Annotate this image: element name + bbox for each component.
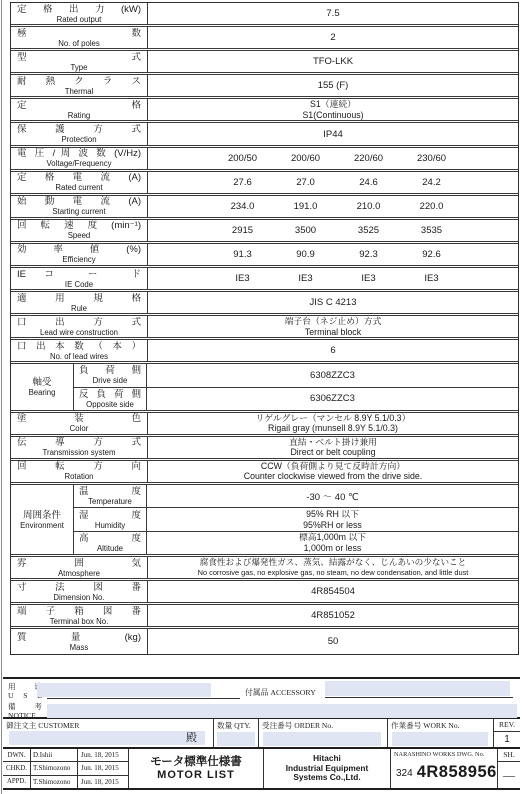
sheet-cell: SH. — [497,749,520,788]
spec-row-starting-current: 始 動 電 流 (A)Starting current 234.0191.021… [11,196,518,220]
row-value: 2 [148,27,518,48]
customer-field[interactable]: 殿 [9,731,205,745]
row-label-jp: 雰 囲 気 [11,558,147,569]
row-label-en: Lead wire construction [11,328,147,337]
notice-field[interactable] [47,704,517,718]
sign-row-drawn: DWN. D.Ishii Jun. 18, 2015 [3,749,128,762]
document-title-en: MOTOR LIST [157,769,235,782]
row-value: JIS C 4213 [148,292,518,313]
row-value: 6308ZZC3 [147,364,518,386]
row-label-jp: 端 子 箱 図 番 [11,606,147,617]
row-label-jp: 耐 熱 ク ラ ス [11,76,147,87]
row-label-jp: 定 格 電 流 (A) [11,172,147,183]
spec-row-efficiency: 効 率 値 (%)Efficiency 91.390.992.392.6 [11,244,518,268]
cell-value: 27.0 [274,177,337,188]
sign-date: Jun. 18, 2015 [78,776,128,788]
qty-label: 数量 QTY. [214,719,258,732]
cell-value: 3500 [274,225,337,236]
spec-row-atmosphere: 雰 囲 気Atmosphere 腐食性および爆発性ガス、蒸気、結露がなく、じんあ… [11,557,518,581]
row-label-en: Rated output [11,15,147,24]
row-label-en: Transmission system [11,448,147,457]
customer-suffix: 殿 [9,731,205,746]
row-label-en: Type [11,63,147,72]
row-value-en: Counter clockwise viewed from the drive … [244,471,422,482]
cell-value: 92.6 [400,249,463,260]
cell-value: 234.0 [211,201,274,212]
cell-value: 3535 [400,225,463,236]
sheet-label: SH. [498,749,520,762]
cell-value: 24.2 [400,177,463,188]
row-label-en: Rotation [11,472,147,481]
spec-row-speed: 回 転 速 度 (min⁻¹)Speed 2915350035253535 [11,220,518,244]
sign-date: Jun. 18, 2015 [78,762,128,774]
cell-value: 220/60 [337,153,400,164]
cell-value: 24.6 [337,177,400,188]
row-label-jp: IE コ ー ド [11,269,147,280]
spec-row-ie-code: IE コ ー ドIE Code IE3IE3IE3IE3 [11,268,518,292]
work-label: 作業番号 WORK No. [388,719,493,732]
company-line: Systems Co.,Ltd. [293,773,360,783]
row-label-en: Terminal box No. [11,617,147,626]
row-label-jp: 保 護 方 式 [11,124,147,135]
spec-row-bearing-drive: 負 荷 側Drive side 6308ZZC3 [74,364,518,387]
row-label-en: Speed [11,231,147,240]
cell-value: 200/50 [211,153,274,164]
sign-name: T.Shimozono [31,762,78,774]
sub-label-jp: 温 度 [74,486,146,497]
row-label-jp: 質 量 (kg) [11,632,147,643]
customer-row: 御注文主 CUSTOMER 殿 数量 QTY. 受注番号 ORDER No. 作… [3,719,520,749]
motor-spec-sheet: 定 格 出 力 (kW)Rated output 7.5 極 数No. of p… [0,0,522,794]
sub-label-jp: 反 負 荷 側 [74,389,146,400]
cell-value: 220.0 [400,201,463,212]
cell-value: IE3 [400,273,463,284]
work-field[interactable] [392,732,488,746]
row-label-jp: 寸 法 図 番 [11,582,147,593]
spec-row-lead-wire: 口 出 方 式Lead wire construction 端子台（ネジ止め）方… [11,316,518,340]
row-value-jp: S1（連続） [310,99,356,110]
qty-field[interactable] [217,732,255,746]
rev-value: 1 [494,732,520,747]
row-value-jp: リゲルグレー（マンセル 8.9Y 5.1/0.3） [256,413,411,424]
drawing-number-cell: NARASHINO WORKS DWG. No. 324 4R858956 [390,749,497,788]
spec-row-transmission: 伝 導 方 式Transmission system 直結・ベルト掛け兼用Dir… [11,437,518,461]
drawing-number: 4R858956 [417,763,497,782]
work-cell: 作業番号 WORK No. [387,719,493,747]
sign-date: Jun. 18, 2015 [78,749,128,761]
sub-label-en: Temperature [74,497,146,506]
cell-value: 92.3 [337,249,400,260]
row-label-jp: 極 数 [11,28,147,39]
row-value-en: No corrosive gas, no explosive gas, no s… [198,568,469,579]
row-label-jp: 塗 装 色 [11,413,147,424]
use-notice-section: 用 途U S E 付属品 ACCESSORY 備 考NOTICE [3,677,520,719]
sign-name: T.Shimozono [31,776,78,788]
order-field[interactable] [263,732,381,746]
cell-value: IE3 [274,273,337,284]
cell-value: 90.9 [274,249,337,260]
row-label-en: Rated current [11,183,147,192]
sign-name: D.Ishii [31,749,78,761]
row-label-jp: 電 圧 / 周 波 数 (V/Hz) [11,148,147,159]
row-label-en: Rule [11,304,147,313]
cell-value: 230/60 [400,153,463,164]
row-label-en: Atmosphere [11,569,147,578]
row-value-jp: 端子台（ネジ止め）方式 [285,316,382,327]
row-value-jp: 標高1,000m 以下 [299,532,366,543]
spec-row-rule: 適 用 規 格Rule JIS C 4213 [11,292,518,316]
sub-label-en: Drive side [74,376,146,385]
rev-cell: REV. 1 [493,719,520,747]
row-value-en: 1,000m or less [304,543,362,554]
row-value: 4R854504 [148,581,518,602]
sub-label-en: Humidity [74,521,146,530]
spec-row-temperature: 温 度Temperature -30 ～ 40 ℃ [74,485,518,508]
spec-row-rated-output: 定 格 出 力 (kW)Rated output 7.5 [11,3,518,27]
spec-group-bearing: 軸受Bearing 負 荷 側Drive side 6308ZZC3 反 負 荷… [11,364,518,412]
qty-cell: 数量 QTY. [213,719,258,747]
spec-row-dimension-no: 寸 法 図 番Dimension No. 4R854504 [11,581,518,605]
drawing-number-label: NARASHINO WORKS DWG. No. [394,751,494,758]
row-label-en: Color [11,424,147,433]
row-value-en: Direct or belt coupling [290,447,375,458]
cell-value: IE3 [337,273,400,284]
sub-label-en: Altitude [74,544,146,553]
row-label-en: No. of poles [11,39,147,48]
row-label-en: Rating [11,111,147,120]
row-label-en: Mass [11,643,147,652]
sub-label-jp: 湿 度 [74,510,146,521]
row-label-jp: 適 用 規 格 [11,293,147,304]
sub-label-jp: 高 度 [74,533,146,544]
footer-block: 用 途U S E 付属品 ACCESSORY 備 考NOTICE 御注文主 CU… [3,677,520,790]
spec-row-altitude: 高 度Altitude 標高1,000m 以下1,000m or less [74,532,518,554]
row-label-jp: 効 率 値 (%) [11,244,147,255]
row-label-jp: 回 転 方 向 [11,461,147,472]
spec-row-thermal: 耐 熱 ク ラ スThermal 155 (F) [11,75,518,99]
sub-label-en: Opposite side [74,400,146,409]
drawing-number-prefix: 324 [396,768,413,779]
cell-value: 91.3 [211,249,274,260]
accessory-field[interactable] [325,681,510,696]
row-value-jp: 直結・ベルト掛け兼用 [289,437,377,448]
row-value-jp: CCW（負荷側より見て反時計方向） [261,461,405,472]
spec-row-color: 塗 装 色Color リゲルグレー（マンセル 8.9Y 5.1/0.3）Riga… [11,413,518,437]
row-value-en: S1(Continuous) [302,110,363,121]
cell-value: 191.0 [274,201,337,212]
spec-row-mass: 質 量 (kg)Mass 50 [11,629,518,653]
row-label-en: Starting current [11,207,147,216]
company-logo: Hitachi Industrial Equipment Systems Co.… [263,749,390,788]
row-value: 155 (F) [148,75,518,96]
cell-value: 210.0 [337,201,400,212]
cell-value: 3525 [337,225,400,236]
order-label: 受注番号 ORDER No. [259,719,387,732]
spec-row-terminal-box-no: 端 子 箱 図 番Terminal box No. 4R851052 [11,605,518,629]
customer-cell: 御注文主 CUSTOMER 殿 [3,719,213,747]
group-label-en: Environment [11,521,73,530]
group-label-jp: 周囲条件 [11,510,73,521]
use-field-underline [47,698,240,699]
spec-group-environment: 周囲条件Environment 温 度Temperature -30 ～ 40 … [11,485,518,557]
spec-row-poles: 極 数No. of poles 2 [11,27,518,51]
spec-row-rating: 定 格Rating S1（連続）S1(Continuous) [11,99,518,123]
row-value: 50 [148,629,518,653]
row-value: IP44 [148,123,518,144]
spec-row-rotation: 回 転 方 向Rotation CCW（負荷側より見て反時計方向）Counter… [11,461,518,485]
row-value: -30 ～ 40 ℃ [147,485,518,507]
cell-value: 200/60 [274,153,337,164]
row-label-jp: 口 出 方 式 [11,317,147,328]
page-left-border [1,0,2,794]
spec-row-protection: 保 護 方 式Protection IP44 [11,123,518,147]
spec-row-voltage-frequency: 電 圧 / 周 波 数 (V/Hz)Voltage/Frequency 200/… [11,148,518,172]
accessory-label: 付属品 ACCESSORY [245,687,316,698]
sign-role: DWN. [3,749,31,761]
row-value-en: 95%RH or less [303,520,362,531]
order-cell: 受注番号 ORDER No. [258,719,387,747]
row-label-jp: 伝 導 方 式 [11,437,147,448]
row-label-en: Voltage/Frequency [11,159,147,168]
rev-label: REV. [494,719,520,732]
row-label-jp: 口 出 本 数 （ 本 ） [11,341,147,352]
spec-row-lead-wire-count: 口 出 本 数 （ 本 ）No. of lead wires 6 [11,340,518,364]
sign-row-checked: CHKD. T.Shimozono Jun. 18, 2015 [3,762,128,775]
group-label-en: Bearing [11,388,73,397]
sheet-value: — [498,762,520,788]
row-value-en: Terminal block [305,327,361,338]
row-value-en: Rigail gray (munsell 8.9Y 5.1/0.3) [268,423,398,434]
spec-row-bearing-opposite: 反 負 荷 側Opposite side 6306ZZC3 [74,388,518,410]
row-value-jp: 腐食性および爆発性ガス、蒸気、結露がなく、じんあいの少ないこと [200,557,467,568]
spec-table: 定 格 出 力 (kW)Rated output 7.5 極 数No. of p… [10,2,519,655]
spec-row-rated-current: 定 格 電 流 (A)Rated current 27.627.024.624.… [11,172,518,196]
row-label-en: Thermal [11,87,147,96]
row-label-jp: 回 転 速 度 (min⁻¹) [11,220,147,231]
title-block: DWN. D.Ishii Jun. 18, 2015 CHKD. T.Shimo… [3,749,520,790]
cell-value: 27.6 [211,177,274,188]
use-field[interactable] [37,683,211,697]
row-label-jp: 定 格 [11,100,147,111]
document-title-jp: モータ標準仕様書 [150,755,242,769]
row-value: TFO-LKK [148,51,518,72]
notice-label-jp: 備 考 [8,702,42,711]
spec-row-humidity: 湿 度Humidity 95% RH 以下95%RH or less [74,508,518,531]
sign-row-approved: APPD. T.Shimozono Jun. 18, 2015 [3,776,128,788]
row-value: 7.5 [148,3,518,24]
row-label-en: IE Code [11,280,147,289]
cell-value: IE3 [211,273,274,284]
row-value: 6306ZZC3 [147,388,518,410]
row-label-en: Protection [11,135,147,144]
sign-role: CHKD. [3,762,31,774]
row-label-en: Dimension No. [11,593,147,602]
row-value: 6 [148,340,518,361]
row-value: 4R851052 [148,605,518,626]
group-label-jp: 軸受 [11,377,73,388]
document-title: モータ標準仕様書 MOTOR LIST [128,749,263,788]
row-label-en: No. of lead wires [11,352,147,361]
cell-value: 2915 [211,225,274,236]
sub-label-jp: 負 荷 側 [74,365,146,376]
row-label-en: Efficiency [11,255,147,264]
row-label-jp: 始 動 電 流 (A) [11,196,147,207]
signature-table: DWN. D.Ishii Jun. 18, 2015 CHKD. T.Shimo… [3,749,128,788]
row-label-jp: 型 式 [11,52,147,63]
row-value-jp: 95% RH 以下 [306,509,359,520]
accessory-field-underline [325,697,513,698]
sign-role: APPD. [3,776,31,788]
row-label-jp: 定 格 出 力 (kW) [11,4,147,15]
spec-row-type: 型 式Type TFO-LKK [11,51,518,75]
